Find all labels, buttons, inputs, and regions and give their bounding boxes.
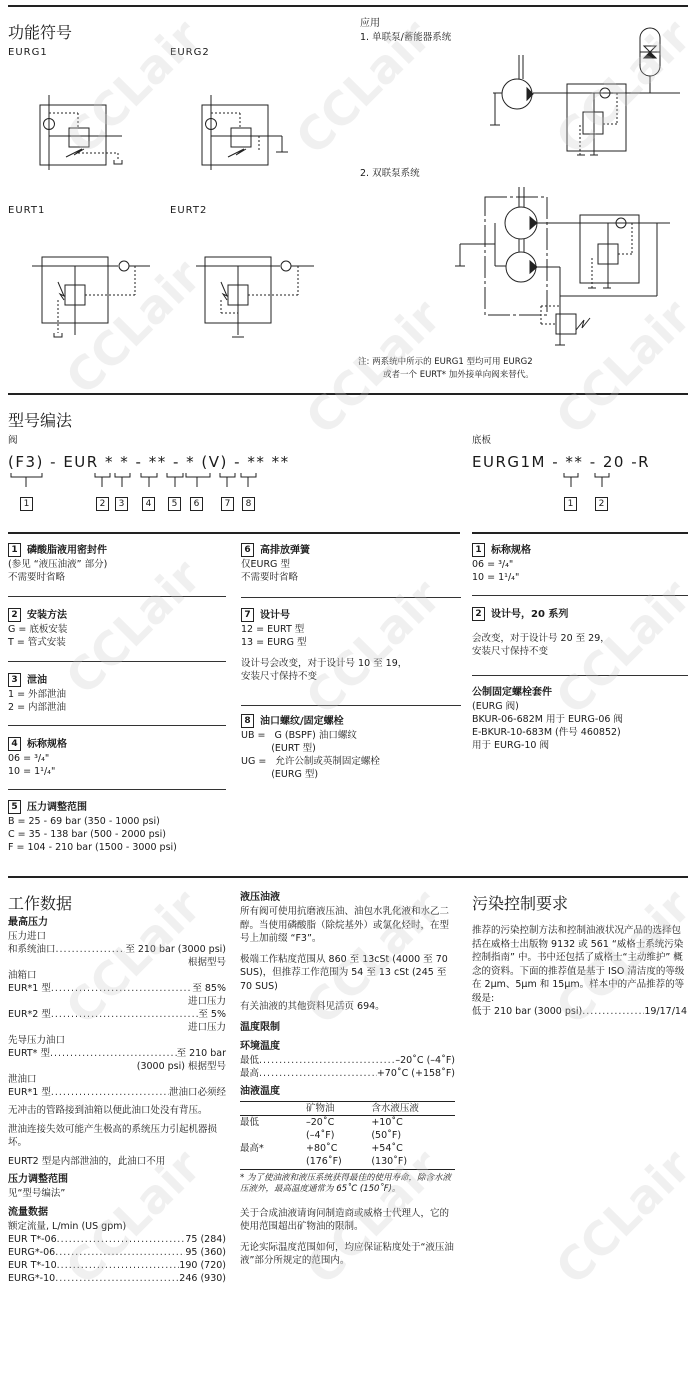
application-title: 应用 (360, 17, 380, 30)
valve-label: 阀 (8, 434, 18, 447)
valve-model-code: (F3) - EUR * * - ** - * (V) - ** ** (8, 453, 290, 471)
range-title: 压力调整范围 (8, 1173, 226, 1187)
field-1-line-1: (参见 “液压油液” 部分) (8, 558, 228, 571)
fluid-paragraph-1: 所有阀可使用抗磨液压油、油包水乳化液和水乙二醇。当使用磷酸脂（除烷基外）或氯化烃… (240, 905, 455, 946)
eur2-label: EUR*2 型 (8, 1008, 51, 1021)
flow-model: EURG*-06 (8, 1246, 55, 1259)
table-cell: (50˚F) (371, 1129, 455, 1142)
table-cell: +10˚C (371, 1115, 455, 1129)
field-7-note-2: 安装尺寸保持不变 (241, 670, 461, 683)
table-cell (240, 1155, 306, 1168)
divider (8, 725, 226, 726)
field-title-3: 泄油 (27, 675, 47, 686)
flow-row: EUR T*-0675 (284) (8, 1233, 226, 1246)
code-box-6: 6 (190, 497, 203, 511)
field-8-line-2: (EURT 型) (241, 742, 461, 755)
table-row: 最低 –20˚C +10˚C (240, 1115, 455, 1129)
bolt-kit-line-3: E-BKUR-10-683M (件号 460852) (472, 726, 688, 739)
eurt-row: EURT* 型至 210 bar (8, 1047, 226, 1060)
base-field-2: 2设计号，20 系列 会改变，对于设计号 20 至 29， 安装尺寸保持不变 (472, 607, 688, 658)
base-field-num-2: 2 (472, 607, 485, 621)
field-4-line-2: 10 = 1¹/₄" (8, 765, 228, 778)
contamination-title: 污染控制要求 (472, 891, 687, 914)
drain-port-label: 泄油口 (8, 1073, 226, 1086)
contamination-rec-row: 低于 210 bar (3000 psi)19/17/14 (472, 1005, 687, 1018)
ambient-max-row: 最高+70˚C (+158˚F) (240, 1067, 455, 1080)
field-8-line-4: (EURG 型) (241, 768, 461, 781)
temp-footnote: * 为了使油液和液压系统获得最佳的使用寿命，除含水液压液外，最高温度通常为 65… (240, 1173, 455, 1195)
field-7-note-1: 设计号会改变，对于设计号 10 至 19， (241, 657, 461, 670)
application-item-2: 2. 双联泵系统 (360, 167, 420, 180)
field-num-7: 7 (241, 608, 254, 622)
flow-row: EURG*-10246 (930) (8, 1272, 226, 1285)
valve-field-5: 5压力调整范围 B = 25 - 69 bar (350 - 1000 psi)… (8, 800, 228, 854)
base-field-1-line-2: 10 = 1¹/₄" (472, 571, 688, 584)
symbol-label-eurt1: EURT1 (8, 205, 45, 216)
drain-label: EUR*1 型 (8, 1086, 51, 1099)
valve-code-brackets-icon (0, 470, 300, 490)
field-6-line-1: 仅EURG 型 (241, 558, 461, 571)
base-field-2-note-2: 安装尺寸保持不变 (472, 645, 688, 658)
flow-subtitle: 额定流量, L/min (US gpm) (8, 1220, 226, 1233)
base-model-code: EURG1M - ** - 20 -R (472, 453, 650, 471)
base-code-box-2: 2 (595, 497, 608, 511)
code-box-1: 1 (20, 497, 33, 511)
field-num-1: 1 (8, 543, 21, 557)
inlet-row: 和系统油口至 210 bar (3000 psi) (8, 943, 226, 956)
fluid-title: 液压油液 (240, 891, 455, 905)
flow-value: 95 (360) (185, 1246, 226, 1259)
model-code-title: 型号编法 (8, 408, 72, 431)
field-4-line-1: 06 = ³/₄" (8, 752, 228, 765)
bolt-kit-line-1: (EURG 阀) (472, 700, 688, 713)
field-title-1: 磷酸脂液用密封件 (27, 545, 107, 556)
bolt-kit-line-2: BKUR-06-682M 用于 EURG-06 阀 (472, 713, 688, 726)
inlet-note: 根据型号 (8, 956, 226, 969)
ambient-min-label: 最低 (240, 1054, 259, 1067)
base-field-1: 1标称规格 06 = ³/₄" 10 = 1¹/₄" (472, 543, 688, 584)
eur2-row: EUR*2 型至 5% (8, 1008, 226, 1021)
eur1-row: EUR*1 型至 85% (8, 982, 226, 995)
field-8-line-1: UB = G (BSPF) 油口螺纹 (241, 729, 461, 742)
field-5-line-2: C = 35 - 138 bar (500 - 2000 psi) (8, 828, 228, 841)
code-box-8: 8 (242, 497, 255, 511)
divider (8, 596, 226, 597)
temp-title: 温度限制 (240, 1021, 455, 1035)
flow-row: EURG*-0695 (360) (8, 1246, 226, 1259)
field-5-line-1: B = 25 - 69 bar (350 - 1000 psi) (8, 815, 228, 828)
table-cell: 最高* (240, 1142, 306, 1155)
flow-model: EUR T*-10 (8, 1259, 57, 1272)
valve-field-3: 3泄油 1 = 外部泄油 2 = 内部泄油 (8, 673, 228, 714)
ambient-min-value: –20˚C (–4˚F) (395, 1054, 455, 1067)
application-note-line1: 注: 两系统中所示的 EURG1 型均可用 EURG2 (358, 356, 533, 369)
eur1-note: 进口压力 (8, 995, 226, 1008)
model-rule-right (472, 532, 688, 534)
drain-value: 泄油口必须经 (169, 1086, 226, 1099)
eur2-value: 至 5% (198, 1008, 226, 1021)
fluid-paragraph-5: 无论实际温度范围如何，均应保证粘度处于“液压油液”部分所规定的范围内。 (240, 1241, 455, 1268)
table-cell: (176˚F) (306, 1155, 371, 1168)
field-num-5: 5 (8, 800, 21, 814)
divider (241, 705, 461, 706)
field-2-line-2: T = 管式安装 (8, 636, 228, 649)
base-code-brackets-icon (460, 470, 660, 490)
eur2-note: 进口压力 (8, 1021, 226, 1034)
base-label: 底板 (472, 434, 491, 447)
fluid-paragraph-3: 有关油液的其他资料见活页 694。 (240, 1000, 455, 1014)
drain-paragraph-2: 泄油连接失效可能产生极高的系统压力引起机器损坏。 (8, 1123, 226, 1150)
pressure-inlet-label: 压力进口 (8, 930, 226, 943)
oil-temp-table: 矿物油 含水液压液 最低 –20˚C +10˚C (–4˚F) (50˚F) 最… (240, 1102, 455, 1168)
eur1-value: 至 85% (192, 982, 226, 995)
table-cell: (–4˚F) (306, 1129, 371, 1142)
code-box-2: 2 (96, 497, 109, 511)
divider (472, 675, 688, 676)
operating-title: 工作数据 (8, 891, 226, 914)
code-box-4: 4 (142, 497, 155, 511)
bolt-kit-title: 公制固定螺栓套件 (472, 686, 688, 700)
flow-value: 246 (930) (179, 1272, 226, 1285)
eurt-label: EURT* 型 (8, 1047, 50, 1060)
tank-port-label: 油箱口 (8, 969, 226, 982)
table-cell: (130˚F) (371, 1155, 455, 1168)
ambient-min-row: 最低–20˚C (–4˚F) (240, 1054, 455, 1067)
valve-field-1: 1磷酸脂液用密封件 (参见 “液压油液” 部分) 不需要时省略 (8, 543, 228, 584)
symbol-label-eurt2: EURT2 (170, 205, 207, 216)
field-title-5: 压力调整范围 (27, 802, 87, 813)
valve-field-8: 8油口螺纹/固定螺栓 UB = G (BSPF) 油口螺纹 (EURT 型) U… (241, 714, 461, 781)
field-3-line-1: 1 = 外部泄油 (8, 688, 228, 701)
table-cell (240, 1129, 306, 1142)
max-pressure-title: 最高压力 (8, 916, 226, 930)
field-title-8: 油口螺纹/固定螺栓 (260, 716, 344, 727)
field-num-8: 8 (241, 714, 254, 728)
ambient-max-label: 最高 (240, 1067, 259, 1080)
contamination-paragraph: 推荐的污染控制方法和控制油液状况产品的选择包括在威格士出版物 9132 或 56… (472, 924, 687, 1005)
flow-model: EUR T*-06 (8, 1233, 57, 1246)
table-row: (176˚F) (130˚F) (240, 1155, 455, 1168)
table-header: 矿物油 (306, 1102, 371, 1116)
bolt-kit-line-4: 用于 EURG-10 阀 (472, 739, 688, 752)
watermark: CCLair (545, 1139, 695, 1295)
field-5-line-3: F = 104 - 210 bar (1500 - 3000 psi) (8, 841, 228, 854)
oil-temp-title: 油液温度 (240, 1085, 455, 1099)
divider (8, 661, 226, 662)
field-1-line-2: 不需要时省略 (8, 571, 228, 584)
divider (241, 597, 461, 598)
code-box-3: 3 (115, 497, 128, 511)
valve-field-6: 6高排放弹簧 仅EURG 型 不需要时省略 (241, 543, 461, 584)
eurg1-symbol-icon (0, 0, 695, 380)
application-item-1: 1. 单联泵/蓄能器系统 (360, 31, 451, 44)
section-rule-1 (8, 393, 688, 395)
flow-row: EUR T*-10190 (720) (8, 1259, 226, 1272)
field-title-7: 设计号 (260, 610, 290, 621)
field-8-line-3: UG = 允许公制或英制固定螺栓 (241, 755, 461, 768)
contamination-control: 污染控制要求 推荐的污染控制方法和控制油液状况产品的选择包括在威格士出版物 91… (472, 891, 687, 1018)
base-field-1-line-1: 06 = ³/₄" (472, 558, 688, 571)
base-field-2-note-1: 会改变，对于设计号 20 至 29， (472, 632, 688, 645)
table-cell: –20˚C (306, 1115, 371, 1129)
flow-value: 190 (720) (179, 1259, 226, 1272)
eur1-label: EUR*1 型 (8, 982, 51, 995)
range-text: 见“型号编法” (8, 1187, 226, 1200)
eurt-value: 至 210 bar (177, 1047, 226, 1060)
field-title-6: 高排放弹簧 (260, 545, 310, 556)
field-num-6: 6 (241, 543, 254, 557)
field-6-line-2: 不需要时省略 (241, 571, 461, 584)
code-box-7: 7 (221, 497, 234, 511)
table-row: 最高* +80˚C +54˚C (240, 1142, 455, 1155)
field-num-4: 4 (8, 737, 21, 751)
field-3-line-2: 2 = 内部泄油 (8, 701, 228, 714)
table-row: (–4˚F) (50˚F) (240, 1129, 455, 1142)
base-field-title-1: 标称规格 (491, 545, 531, 556)
code-box-5: 5 (168, 497, 181, 511)
rec-label: 低于 210 bar (3000 psi) (472, 1005, 582, 1018)
field-2-line-1: G = 底板安装 (8, 623, 228, 636)
table-header (240, 1102, 306, 1116)
eurt-note: (3000 psi) 根据型号 (8, 1060, 226, 1073)
flow-value: 75 (284) (185, 1233, 226, 1246)
fluid-paragraph-2: 极端工作粘度范围从 860 至 13cSt (4000 至 70 SUS)，但推… (240, 953, 455, 994)
field-title-2: 安装方法 (27, 610, 67, 621)
base-field-num-1: 1 (472, 543, 485, 557)
table-cell: +80˚C (306, 1142, 371, 1155)
table-cell: +54˚C (371, 1142, 455, 1155)
valve-field-4: 4标称规格 06 = ³/₄" 10 = 1¹/₄" (8, 737, 228, 778)
field-num-3: 3 (8, 673, 21, 687)
model-rule-left (8, 532, 460, 534)
table-header: 含水液压液 (371, 1102, 455, 1116)
field-7-line-2: 13 = EURG 型 (241, 636, 461, 649)
field-7-line-1: 12 = EURT 型 (241, 623, 461, 636)
fluid-paragraph-4: 关于合成油液请询问制造商或威格士代理人，它的使用范围超出矿物油的限制。 (240, 1207, 455, 1234)
operating-data: 工作数据 最高压力 压力进口 和系统油口至 210 bar (3000 psi)… (8, 891, 226, 1285)
divider (472, 595, 688, 596)
rec-value: 19/17/14 (644, 1005, 687, 1018)
flow-title: 流量数据 (8, 1206, 226, 1220)
valve-code-boxes: 1 2 3 4 5 6 7 8 (0, 497, 300, 513)
valve-field-7: 7设计号 12 = EURT 型 13 = EURG 型 设计号会改变，对于设计… (241, 608, 461, 683)
drain-paragraph-3: EURT2 型是内部泄油的，此油口不用 (8, 1155, 226, 1169)
application-note-line2: 或者一个 EURT* 加外接单向阀来替代。 (383, 369, 534, 382)
section-rule-2 (8, 876, 688, 878)
flow-model: EURG*-10 (8, 1272, 55, 1285)
field-num-2: 2 (8, 608, 21, 622)
ambient-title: 环境温度 (240, 1040, 455, 1054)
base-field-title-2: 设计号，20 系列 (491, 609, 568, 620)
ambient-max-value: +70˚C (+158˚F) (377, 1067, 455, 1080)
hydraulic-fluid: 液压油液 所有阀可使用抗磨液压油、油包水乳化液和水乙二醇。当使用磷酸脂（除烷基外… (240, 891, 455, 1268)
inlet-label: 和系统油口 (8, 943, 56, 956)
base-code-box-1: 1 (564, 497, 577, 511)
valve-field-2: 2安装方法 G = 底板安装 T = 管式安装 (8, 608, 228, 649)
table-cell: 最低 (240, 1115, 306, 1129)
field-title-4: 标称规格 (27, 739, 67, 750)
drain-paragraph-1: 无冲击的管路接到油箱以便此油口处没有背压。 (8, 1104, 226, 1118)
inlet-value: 至 210 bar (3000 psi) (125, 943, 226, 956)
divider (8, 789, 226, 790)
bolt-kit: 公制固定螺栓套件 (EURG 阀) BKUR-06-682M 用于 EURG-0… (472, 686, 688, 752)
pilot-port-label: 先导压力油口 (8, 1034, 226, 1047)
drain-row: EUR*1 型泄油口必须经 (8, 1086, 226, 1099)
